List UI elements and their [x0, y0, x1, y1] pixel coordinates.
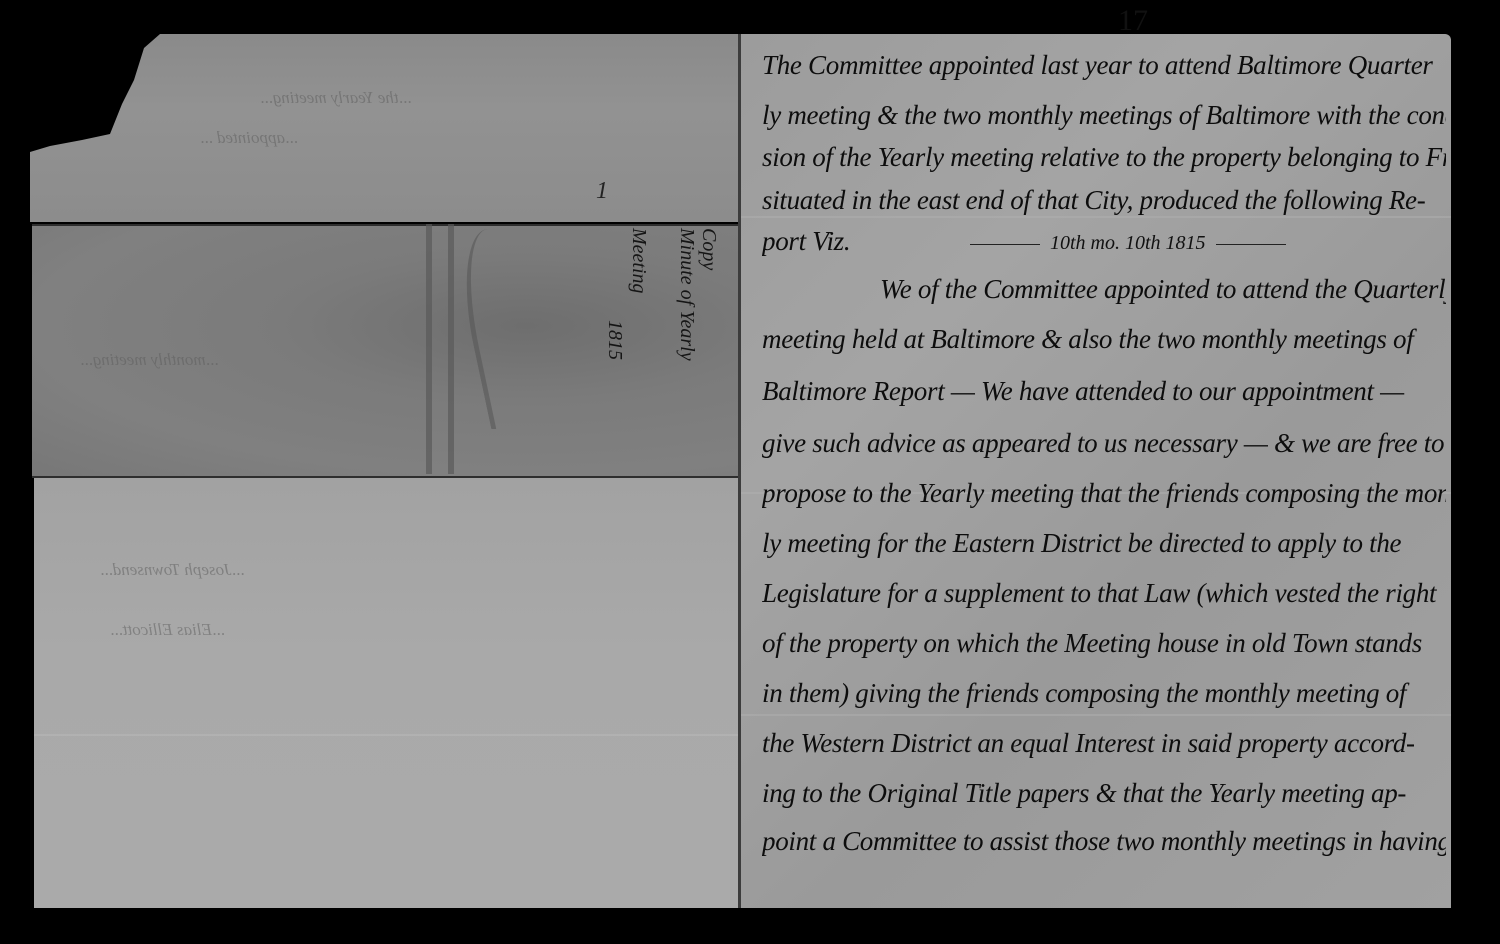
left-page-top-panel [30, 34, 738, 224]
manuscript-line: The Committee appointed last year to att… [762, 50, 1446, 81]
manuscript-line: port Viz. [762, 226, 882, 257]
left-page-bottom-panel [34, 478, 738, 908]
bleed-through-text: ...Elias Ellicott... [110, 620, 225, 640]
page-number: 17 [1118, 4, 1148, 38]
manuscript-line: ly meeting & the two monthly meetings of… [762, 100, 1446, 131]
manuscript-line: situated in the east end of that City, p… [762, 185, 1446, 216]
docket-line: Copy [697, 228, 720, 270]
manuscript-line: of the property on which the Meeting hou… [762, 628, 1446, 659]
docket-endorsement: Copy Minute of Yearly Meeting 1815 [570, 228, 740, 418]
left-page [30, 34, 738, 908]
docket-line: Minute of Yearly [675, 228, 698, 361]
docket-line: Meeting [627, 228, 650, 294]
seal-mark [448, 224, 454, 474]
manuscript-line: the Western District an equal Interest i… [762, 728, 1446, 759]
manuscript-line: Baltimore Report — We have attended to o… [762, 376, 1446, 407]
fold-crease [741, 216, 1451, 218]
manuscript-line: meeting held at Baltimore & also the two… [762, 324, 1446, 355]
manuscript-line: ing to the Original Title papers & that … [762, 778, 1446, 809]
document-scan: ...the Yearly meeting... ...appointed ..… [0, 0, 1500, 944]
seal-mark [426, 224, 432, 474]
fold-crease [34, 734, 738, 736]
manuscript-line: propose to the Yearly meeting that the f… [762, 478, 1446, 509]
manuscript-line: in them) giving the friends composing th… [762, 678, 1446, 709]
manuscript-line: ly meeting for the Eastern District be d… [762, 528, 1446, 559]
fold-crease [741, 714, 1451, 716]
manuscript-line: We of the Committee appointed to attend … [880, 274, 1446, 305]
report-date: 10th mo. 10th 1815 [960, 232, 1296, 255]
manuscript-line: sion of the Yearly meeting relative to t… [762, 142, 1446, 173]
manuscript-line: give such advice as appeared to us neces… [762, 428, 1446, 459]
manuscript-line: point a Committee to assist those two mo… [762, 826, 1446, 857]
docket-line: 1815 [603, 320, 626, 360]
margin-mark: 1 [596, 178, 608, 205]
bleed-through-text: ...the Yearly meeting... [260, 88, 411, 108]
bleed-through-text: ...monthly meeting... [80, 350, 218, 370]
manuscript-line: Legislature for a supplement to that Law… [762, 578, 1446, 609]
bleed-through-text: ...appointed ... [200, 128, 298, 148]
bleed-through-text: ...Joseph Townsend... [100, 560, 244, 580]
